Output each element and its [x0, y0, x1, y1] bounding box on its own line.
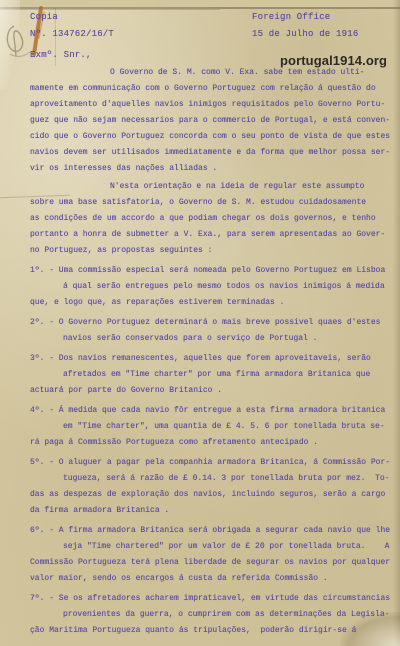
text-line: á qual serão entregues pelo mesmo todos …: [63, 279, 394, 295]
copy-label: Copia: [30, 12, 58, 22]
text-line: as condições de um accordo a que podiam …: [30, 211, 394, 227]
text-line: actuará por parte do Governo Britanico .: [30, 383, 394, 399]
paper-top-edge: [0, 0, 400, 7]
numbered-clause: 5º. - O aluguer a pagar pela companhia a…: [30, 455, 394, 519]
text-line: ção Maritima Portugueza quanto ás tripul…: [30, 623, 394, 639]
text-line: aproveitamento d'aquelles navios inimigo…: [30, 97, 394, 113]
text-line: em "Time charter", uma quantia de £ 4. 5…: [63, 419, 394, 435]
text-line: 3º. - Dos navios remanescentes, aquelles…: [30, 351, 394, 367]
paragraph: N'esta orientação e na ideia de regular …: [30, 179, 394, 259]
letter-page: Copia Nº. 134762/16/T Foreign Office 15 …: [0, 0, 400, 646]
salutation: Exmº. Snr.,: [30, 50, 92, 60]
text-line: 1º. - Uma commissão especial será nomead…: [30, 263, 394, 279]
text-line: 7º. - Se os afretadores acharem impratic…: [30, 591, 394, 607]
numbered-clause: 6º. - A firma armadora Britanica será ob…: [30, 523, 394, 587]
numbered-clause: 7º. - Se os afretadores acharem impratic…: [30, 591, 394, 639]
numbered-clause: 1º. - Uma commissão especial será nomead…: [30, 263, 394, 311]
paper-right-shade: [393, 0, 400, 646]
text-line: da firma armadora Britanica .: [30, 503, 394, 519]
text-line: O Governo de S. M. como V. Exa. sabe tem…: [110, 65, 394, 81]
text-line: no Portuguez, as propostas seguintes :: [30, 243, 394, 259]
text-line: 2º. - O Governo Portuguez determinará o …: [30, 315, 394, 331]
text-line: rá paga á Commissão Portugueza como afre…: [30, 435, 394, 451]
text-line: tugueza, será á razão de £ 0.14. 3 por t…: [63, 471, 394, 487]
text-line: 6º. - A firma armadora Britanica será ob…: [30, 523, 394, 539]
text-line: vir os interesses das nações alliadas .: [30, 161, 394, 177]
text-line: das as despezas de exploração dos navios…: [30, 487, 394, 503]
text-line: navios devem ser utilisados immediatamen…: [30, 145, 394, 161]
numbered-clause: 4º. - Á medida que cada navio fôr entreg…: [30, 403, 394, 451]
text-line: cido que o Governo Portuguez concorda co…: [30, 129, 394, 145]
text-line: provenientes da guerra, o cumprirem com …: [63, 607, 394, 623]
paragraph: O Governo de S. M. como V. Exa. sabe tem…: [30, 65, 394, 177]
numbered-clause: 2º. - O Governo Portuguez determinará o …: [30, 315, 394, 347]
text-line: navios serão conservados para o serviço …: [63, 331, 394, 347]
text-line: 4º. - Á medida que cada navio fôr entreg…: [30, 403, 394, 419]
text-line: valor maior, sendo os encargos á custa d…: [30, 571, 394, 587]
text-line: afretados em "Time charter" por uma firm…: [63, 367, 394, 383]
text-line: guez que não sejam necessarios para o co…: [30, 113, 394, 129]
document-body: O Governo de S. M. como V. Exa. sabe tem…: [30, 65, 394, 643]
text-line: N'esta orientação e na ideia de regular …: [110, 179, 394, 195]
text-line: seja "Time chartered" por um valor de £ …: [63, 539, 394, 555]
text-line: que, e logo que, as reparações estiverem…: [30, 295, 394, 311]
numbered-clause: 3º. - Dos navios remanescentes, aquelles…: [30, 351, 394, 399]
office-name: Foreign Office: [252, 12, 330, 22]
text-line: 5º. - O aluguer a pagar pela companhia a…: [30, 455, 394, 471]
text-line: sobre uma base satisfatoria, o Governo d…: [30, 195, 394, 211]
letter-date: 15 de Julho de 1916: [252, 29, 358, 39]
text-line: portanto a honra de submetter a V. Exa.,…: [30, 227, 394, 243]
text-line: Commissão Portugueza terá plena liberdad…: [30, 555, 394, 571]
text-line: mamente em communicação com o Governo Po…: [30, 81, 394, 97]
reference-number: Nº. 134762/16/T: [30, 29, 114, 39]
